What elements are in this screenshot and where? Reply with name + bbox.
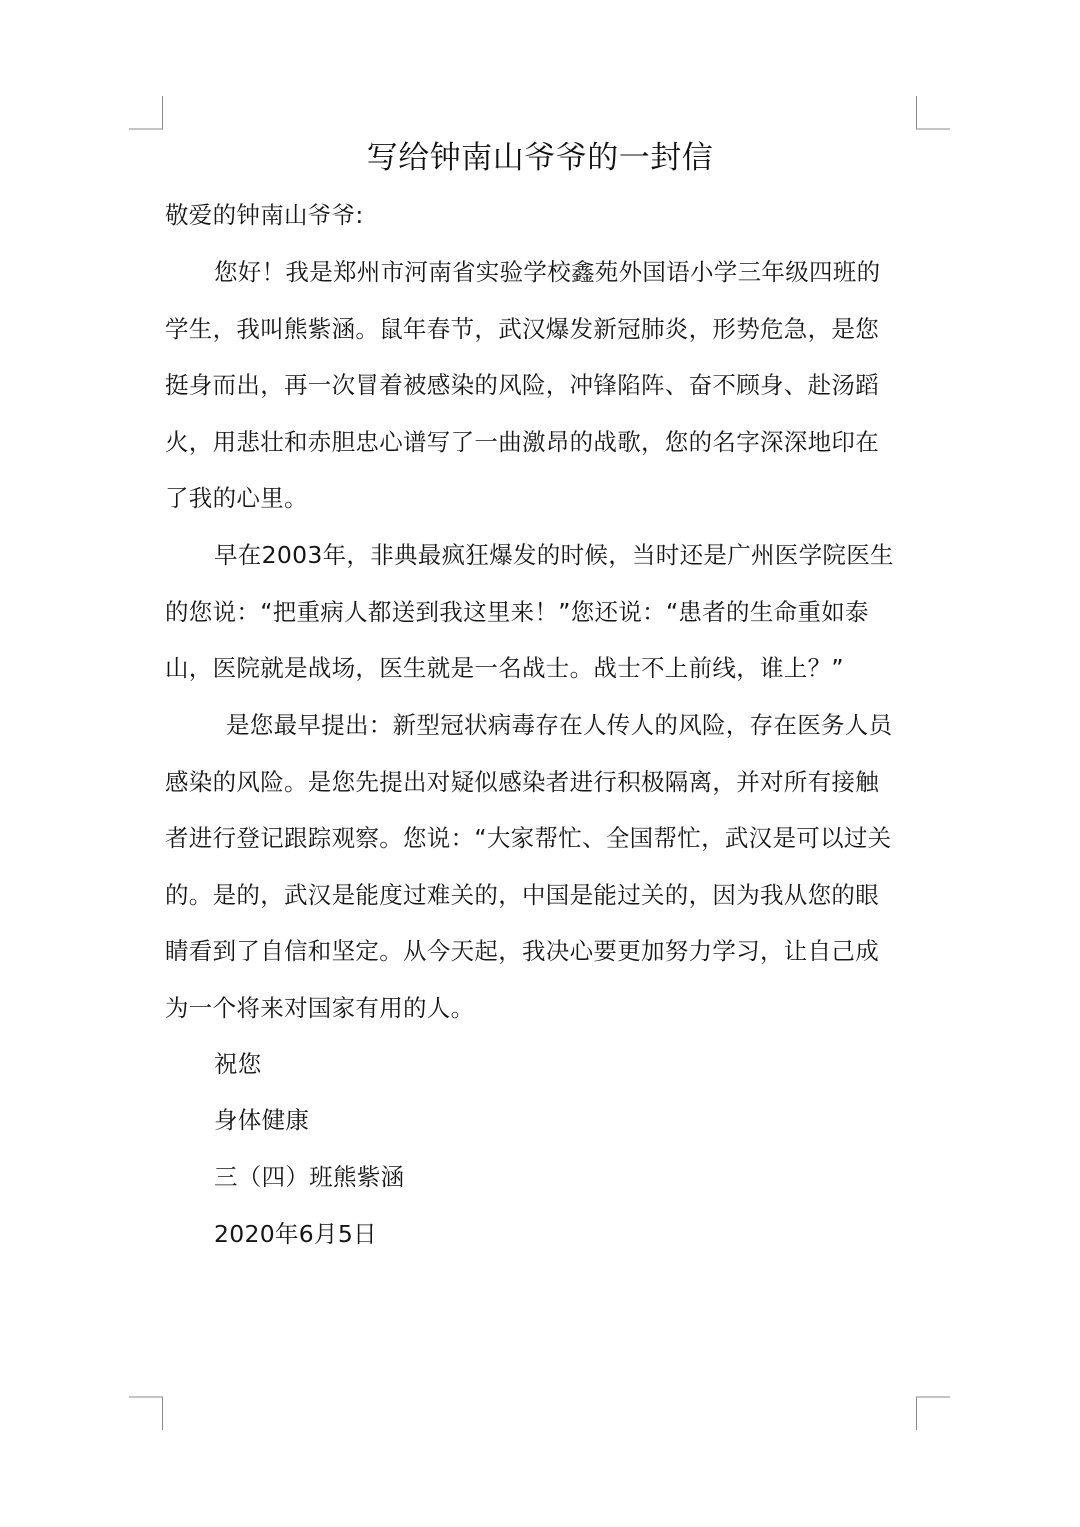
closing-wish: 身体健康 — [214, 1104, 309, 1136]
paragraph-2-line-3: 山，医院就是战场，医生就是一名战士。战士不上前线，谁上？” — [165, 652, 844, 684]
paragraph-2-line-1: 早在2003年，非典最疯狂爆发的时候，当时还是广州医学院医生 — [214, 539, 894, 571]
paragraph-3-line-2: 感染的风险。是您先提出对疑似感染者进行积极隔离，并对所有接触 — [165, 766, 879, 798]
letter-date: 2020年6月5日 — [214, 1218, 377, 1250]
paragraph-3-line-1: 是您最早提出：新型冠状病毒存在人传人的风险，存在医务人员 — [226, 709, 892, 741]
letter-title: 写给钟南山爷爷的一封信 — [0, 138, 1080, 178]
paragraph-1-line-5: 了我的心里。 — [165, 482, 308, 514]
paragraph-1-line-2: 学生，我叫熊紫涵。鼠年春节，武汉爆发新冠肺炎，形势危急，是您 — [165, 313, 879, 345]
closing-wish-intro: 祝您 — [214, 1048, 262, 1080]
salutation: 敬爱的钟南山爷爷: — [165, 199, 364, 231]
paragraph-2-line-2: 的您说：“把重病人都送到我这里来！”您还说：“患者的生命重如泰 — [165, 596, 869, 628]
paragraph-1-line-4: 火，用悲壮和赤胆忠心谱写了一曲激昂的战歌，您的名字深深地印在 — [165, 426, 879, 458]
paragraph-3-line-6: 为一个将来对国家有用的人。 — [165, 992, 474, 1024]
paragraph-1-line-1: 您好！我是郑州市河南省实验学校鑫苑外国语小学三年级四班的 — [214, 256, 880, 288]
crop-mark-bottom-left — [129, 1396, 163, 1430]
signature: 三（四）班熊紫涵 — [214, 1161, 404, 1193]
crop-mark-top-right — [916, 96, 950, 130]
crop-mark-top-left — [129, 96, 163, 130]
crop-mark-bottom-right — [916, 1396, 950, 1430]
paragraph-3-line-3: 者进行登记跟踪观察。您说：“大家帮忙、全国帮忙，武汉是可以过关 — [165, 822, 891, 854]
paragraph-1-line-3: 挺身而出，再一次冒着被感染的风险，冲锋陷阵、奋不顾身、赴汤蹈 — [165, 369, 879, 401]
paragraph-3-line-4: 的。是的，武汉是能度过难关的，中国是能过关的，因为我从您的眼 — [165, 879, 879, 911]
paragraph-3-line-5: 睛看到了自信和坚定。从今天起，我决心要更加努力学习，让自己成 — [165, 935, 879, 967]
document-page: 写给钟南山爷爷的一封信 敬爱的钟南山爷爷: 您好！我是郑州市河南省实验学校鑫苑外… — [0, 0, 1080, 1527]
